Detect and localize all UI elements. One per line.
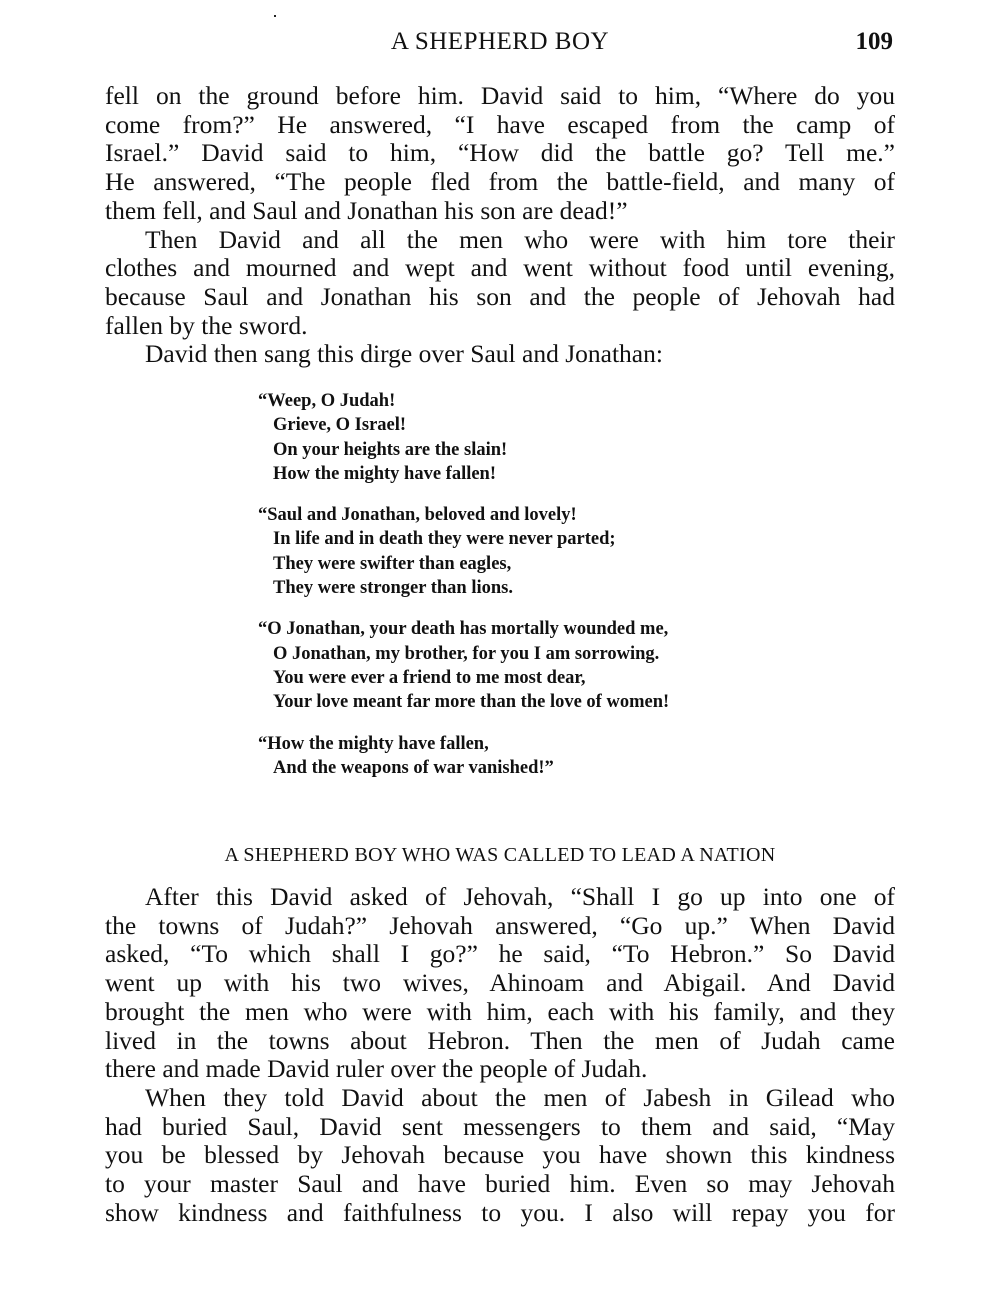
- text-line: fallen by the sword.: [105, 312, 895, 341]
- paragraph: fell on the ground before him. David sai…: [105, 82, 895, 226]
- paragraph: When they told David about the men of Ja…: [105, 1084, 895, 1228]
- poem-stanza: “How the mighty have fallen, And the wea…: [258, 732, 669, 781]
- poem-line: In life and in death they were never par…: [258, 527, 669, 551]
- poem-stanza: “Saul and Jonathan, beloved and lovely! …: [258, 503, 669, 600]
- text-line: because Saul and Jonathan his son and th…: [105, 283, 895, 312]
- text-line: lived in the towns about Hebron. Then th…: [105, 1027, 895, 1056]
- text-line: come from?” He answered, “I have escaped…: [105, 111, 895, 140]
- dirge-poem: “Weep, O Judah! Grieve, O Israel! On you…: [258, 389, 669, 797]
- poem-stanza: “O Jonathan, your death has mortally wou…: [258, 617, 669, 714]
- text-line: asked, “To which shall I go?” he said, “…: [105, 940, 895, 969]
- poem-line: And the weapons of war vanished!”: [258, 756, 669, 780]
- text-line: After this David asked of Jehovah, “Shal…: [105, 883, 895, 912]
- text-line: When they told David about the men of Ja…: [105, 1084, 895, 1113]
- text-line: went up with his two wives, Ahinoam and …: [105, 969, 895, 998]
- section-heading: A SHEPHERD BOY WHO WAS CALLED TO LEAD A …: [105, 844, 895, 867]
- text-line: show kindness and faithfulness to you. I…: [105, 1199, 895, 1228]
- poem-line: “How the mighty have fallen,: [258, 732, 669, 756]
- text-line: to your master Saul and have buried him.…: [105, 1170, 895, 1199]
- poem-line: On your heights are the slain!: [258, 438, 669, 462]
- poem-line: They were swifter than eagles,: [258, 552, 669, 576]
- text-line: fell on the ground before him. David sai…: [105, 82, 895, 111]
- text-line: had buried Saul, David sent messengers t…: [105, 1113, 895, 1142]
- top-text-block: fell on the ground before him. David sai…: [105, 82, 895, 369]
- text-line: clothes and mourned and wept and went wi…: [105, 254, 895, 283]
- poem-line: “Saul and Jonathan, beloved and lovely!: [258, 503, 669, 527]
- text-line: Israel.” David said to him, “How did the…: [105, 139, 895, 168]
- poem-line: “O Jonathan, your death has mortally wou…: [258, 617, 669, 641]
- bottom-text-block: After this David asked of Jehovah, “Shal…: [105, 883, 895, 1227]
- page-number: 109: [856, 28, 894, 56]
- text-line: David then sang this dirge over Saul and…: [105, 340, 895, 369]
- text-line: He answered, “The people fled from the b…: [105, 168, 895, 197]
- poem-line: They were stronger than lions.: [258, 576, 669, 600]
- running-head: A SHEPHERD BOY 109: [105, 28, 895, 62]
- text-line: you be blessed by Jehovah because you ha…: [105, 1141, 895, 1170]
- text-line: the towns of Judah?” Jehovah answered, “…: [105, 912, 895, 941]
- paragraph: Then David and all the men who were with…: [105, 226, 895, 341]
- poem-line: Your love meant far more than the love o…: [258, 690, 669, 714]
- poem-line: How the mighty have fallen!: [258, 462, 669, 486]
- print-speck: [274, 15, 276, 17]
- running-title: A SHEPHERD BOY: [105, 28, 895, 56]
- text-line: Then David and all the men who were with…: [105, 226, 895, 255]
- poem-line: You were ever a friend to me most dear,: [258, 666, 669, 690]
- text-line: there and made David ruler over the peop…: [105, 1055, 895, 1084]
- poem-stanza: “Weep, O Judah! Grieve, O Israel! On you…: [258, 389, 669, 486]
- paragraph: After this David asked of Jehovah, “Shal…: [105, 883, 895, 1084]
- poem-line: O Jonathan, my brother, for you I am sor…: [258, 642, 669, 666]
- paragraph: David then sang this dirge over Saul and…: [105, 340, 895, 369]
- poem-line: Grieve, O Israel!: [258, 413, 669, 437]
- poem-line: “Weep, O Judah!: [258, 389, 669, 413]
- text-line: brought the men who were with him, each …: [105, 998, 895, 1027]
- text-line: them fell, and Saul and Jonathan his son…: [105, 197, 895, 226]
